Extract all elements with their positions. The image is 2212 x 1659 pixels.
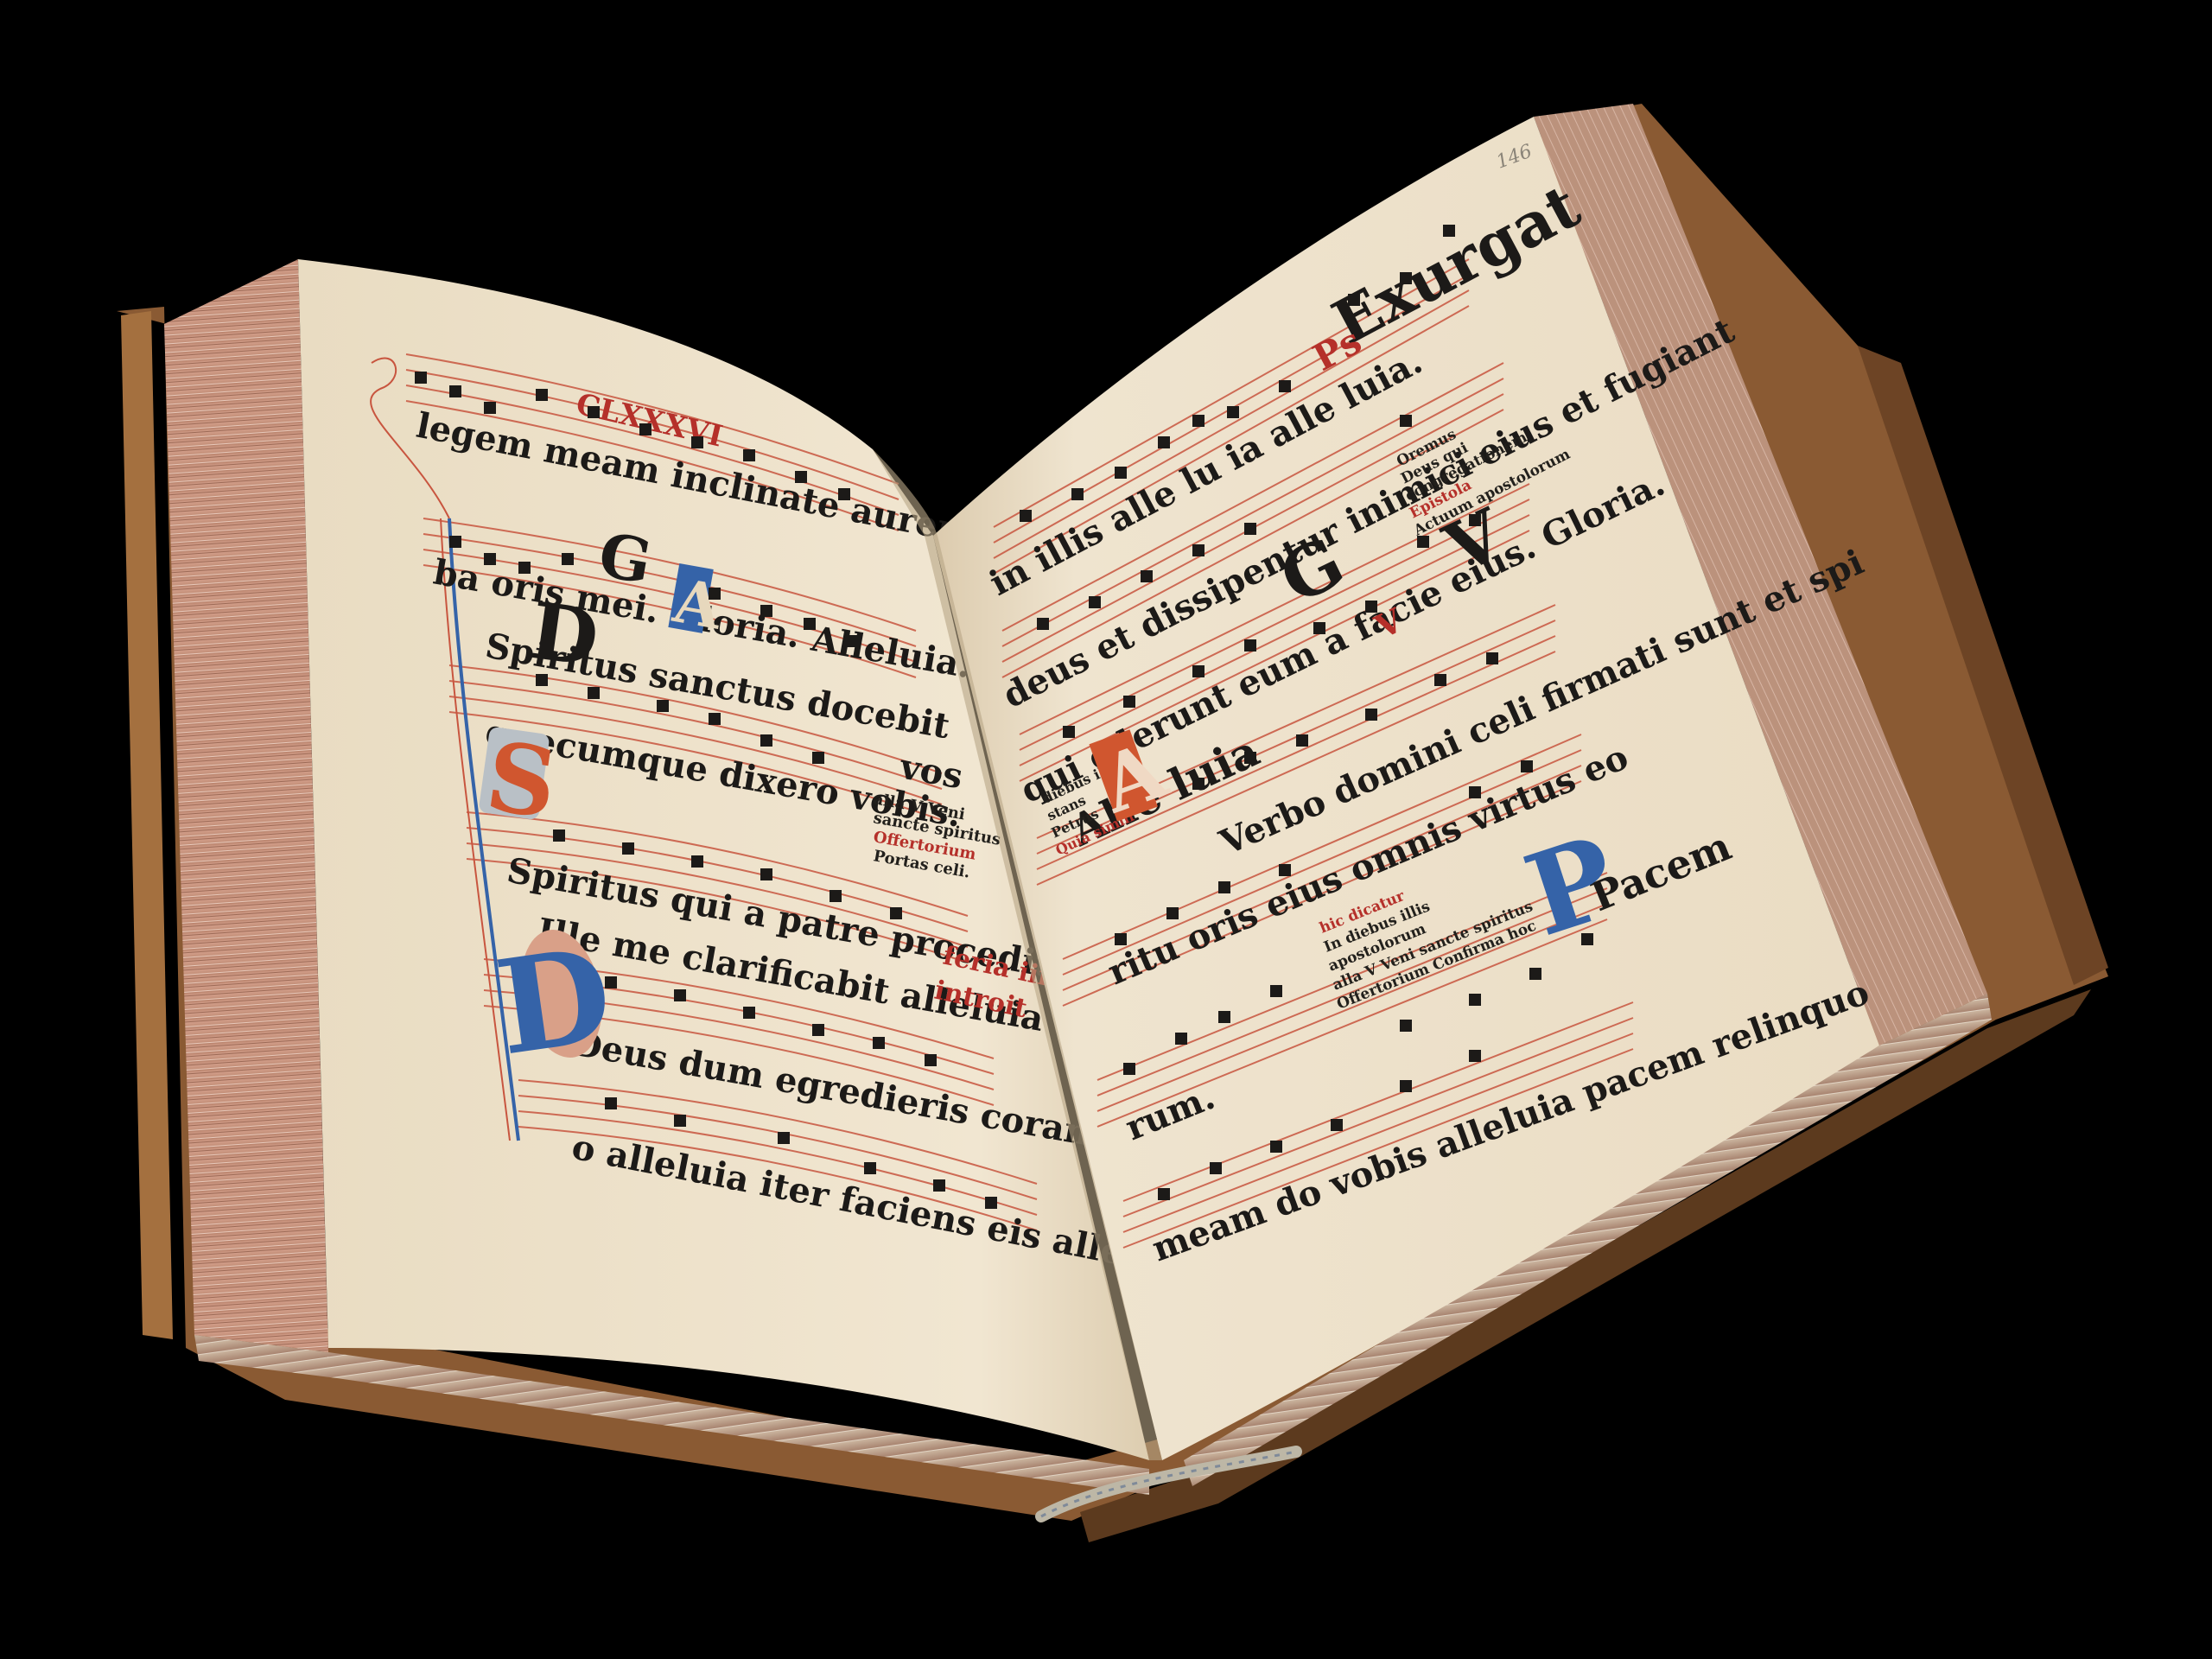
svg-text:D: D <box>488 918 620 1084</box>
initial-D-blue: D <box>488 918 620 1084</box>
svg-text:D: D <box>524 585 604 685</box>
initial-D-cadel: D <box>524 585 604 685</box>
manuscript-photo: CLXXXVI legem meam inclinate aurem vestr… <box>0 0 2212 1659</box>
